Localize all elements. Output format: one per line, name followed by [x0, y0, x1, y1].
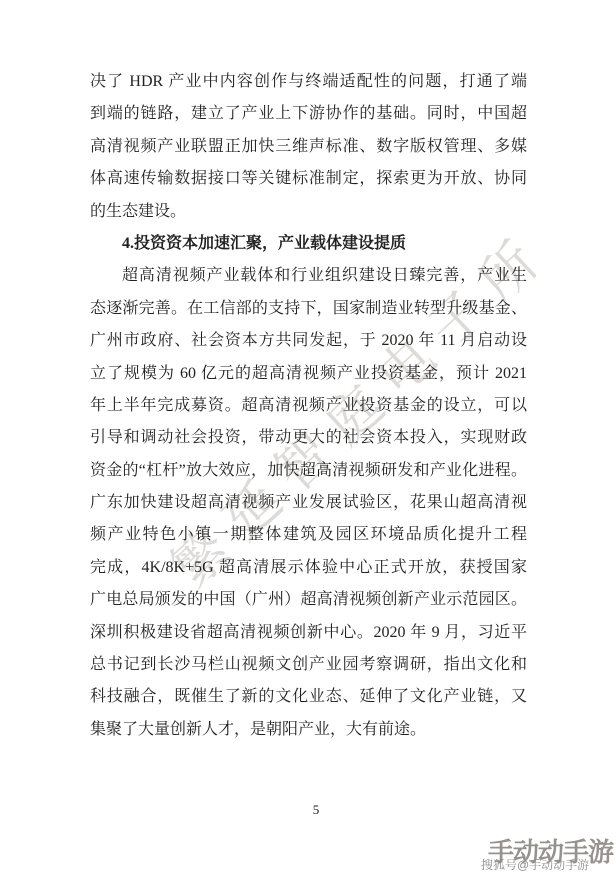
paragraph: 决了 HDR 产业中内容创作与终端适配性的问题，打通了端到端的链路，建立了产业上…	[90, 66, 527, 228]
text-line: 科技融合，既催生了新的文化业态、延伸了文化产业链，又	[90, 681, 527, 713]
text-line: 的生态建设。	[90, 196, 527, 228]
text-line: 完成，4K/8K+5G 超高清展示体验中心正式开放，获授国家	[90, 552, 527, 584]
text-line: 高清视频产业联盟正加快三维声标准、数字版权管理、多媒	[90, 131, 527, 163]
text-line: 4.投资资本加速汇聚，产业载体建设提质	[90, 228, 527, 260]
text-line: 到端的链路，建立了产业上下游协作的基础。同时，中国超	[90, 98, 527, 130]
text-line: 年上半年完成募资。超高清视频产业投资基金的设立，可以	[90, 390, 527, 422]
section-heading: 4.投资资本加速汇聚，产业载体建设提质	[90, 228, 527, 260]
text-line: 广电总局颁发的中国（广州）超高清视频创新产业示范园区。	[90, 584, 527, 616]
document-page: 繁延智庭电子所 决了 HDR 产业中内容创作与终端适配性的问题，打通了端到端的链…	[0, 0, 616, 874]
text-line: 态逐渐完善。在工信部的支持下，国家制造业转型升级基金、	[90, 293, 527, 325]
text-line: 集聚了大量创新人才，是朝阳产业，大有前途。	[90, 714, 527, 746]
paragraph: 超高清视频产业载体和行业组织建设日臻完善，产业生态逐渐完善。在工信部的支持下，国…	[90, 260, 527, 746]
text-line: 引导和调动社会投资，带动更大的社会资本投入，实现财政	[90, 422, 527, 454]
page-number: 5	[0, 802, 616, 818]
sohu-watermark-group: 手动动手游 搜狐号@手动动手游	[483, 839, 613, 869]
text-line: 广东加快建设超高清视频产业发展试验区，花果山超高清视	[90, 487, 527, 519]
text-line: 总书记到长沙马栏山视频文创产业园考察调研，指出文化和	[90, 649, 527, 681]
text-line: 频产业特色小镇一期整体建筑及园区环境品质化提升工程	[90, 519, 527, 551]
text-line: 体高速传输数据接口等关键标准制定，探索更为开放、协同	[90, 163, 527, 195]
sohu-account-watermark: 搜狐号@手动动手游	[481, 856, 589, 873]
text-line: 超高清视频产业载体和行业组织建设日臻完善，产业生	[90, 260, 527, 292]
text-line: 资金的“杠杆”放大效应，加快超高清视频研发和产业化进程。	[90, 455, 527, 487]
text-line: 立了规模为 60 亿元的超高清视频产业投资基金，预计 2021	[90, 358, 527, 390]
text-line: 决了 HDR 产业中内容创作与终端适配性的问题，打通了端	[90, 66, 527, 98]
text-line: 广州市政府、社会资本方共同发起，于 2020 年 11 月启动设	[90, 325, 527, 357]
text-blocks: 决了 HDR 产业中内容创作与终端适配性的问题，打通了端到端的链路，建立了产业上…	[90, 66, 527, 746]
text-line: 深圳积极建设省超高清视频创新中心。2020 年 9 月，习近平	[90, 617, 527, 649]
